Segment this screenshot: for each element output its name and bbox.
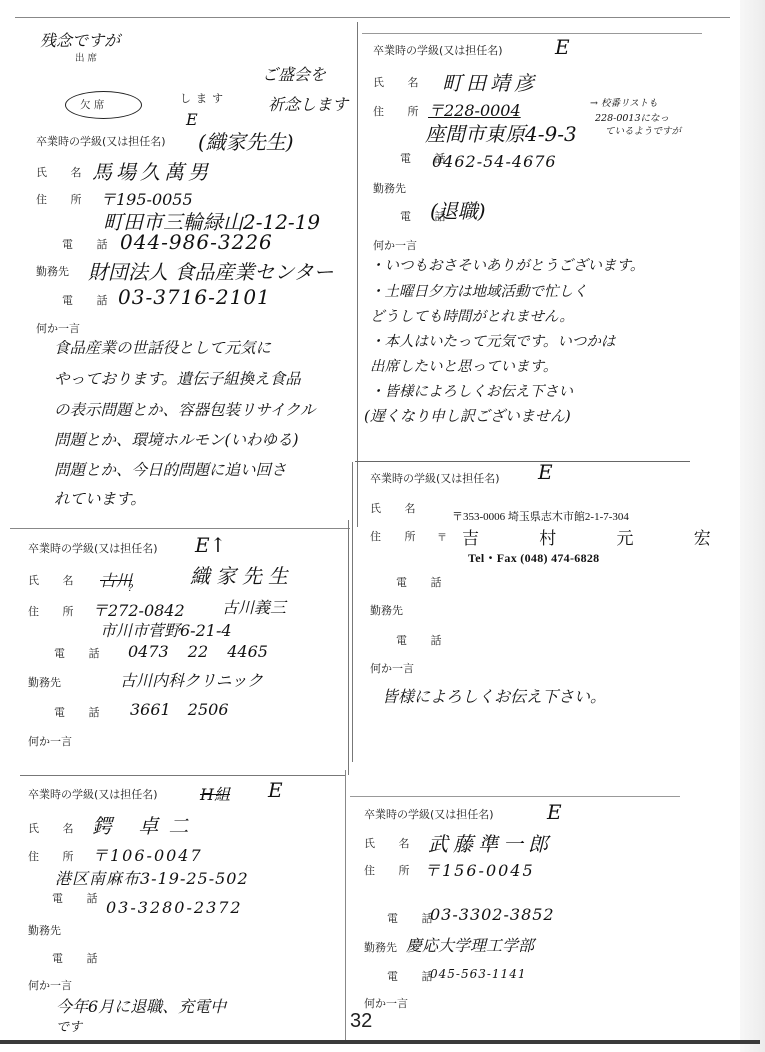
attendance-absent-option[interactable]: 欠 席: [80, 97, 104, 112]
label-message: 何か一言: [28, 977, 72, 993]
address-value: 座間市東原4-9-3: [425, 118, 577, 147]
phone-value: 03-3302-3852: [430, 905, 555, 924]
message-line: ・皆様によろしくお伝え下さい: [370, 380, 573, 401]
message-line: ・本人はいたって元気です。いつかは: [370, 330, 615, 351]
name-value: 鍔 卓二: [92, 810, 198, 839]
label-message: 何か一言: [370, 660, 414, 676]
message-line: 今年6月に退職、充電中: [56, 994, 226, 1017]
stamp-address: 〒353-0006 埼玉県志木市館2-1-7-304: [452, 508, 629, 524]
work-value: 古川内科クリニック: [120, 668, 263, 691]
class-note: (織家先生): [198, 126, 294, 155]
name-note: 織家先生: [190, 560, 294, 589]
work-value: 慶応大学理工学部: [406, 933, 534, 956]
scan-bottom-edge: [0, 1040, 760, 1044]
card-divider-vertical: [357, 22, 358, 527]
phone-value: 03-3280-2372: [106, 898, 243, 917]
card-border-top: [362, 33, 702, 34]
class-value: E: [268, 778, 283, 802]
label-message: 何か一言: [373, 237, 417, 253]
message-line: ・土曜日夕方は地域活動で忙しく: [370, 280, 588, 301]
name-value: 馬場久萬男: [92, 156, 212, 185]
work-phone-value: 045-563-1141: [430, 967, 526, 981]
message-line: 皆様によろしくお伝え下さい。: [382, 684, 606, 707]
label-address: 住 所: [28, 848, 84, 864]
label-work: 勤務先: [370, 602, 403, 618]
label-name: 氏 名: [364, 835, 420, 851]
phone-value: 0462-54-4676: [432, 152, 557, 171]
class-value: E: [538, 460, 553, 484]
label-phone: 電 話: [396, 574, 452, 590]
message-line: れています。: [54, 487, 146, 509]
label-phone: 電 話: [52, 890, 108, 906]
wish-line-2: 祈念します: [268, 92, 348, 115]
label-class: 卒業時の学級(又は担任名): [370, 470, 500, 486]
phone-value: 0473 22 4465: [128, 642, 268, 661]
label-work: 勤務先: [28, 674, 61, 690]
label-message: 何か一言: [364, 995, 408, 1011]
label-work-phone: 電 話: [54, 704, 110, 720]
postal-value: 〒106-0047: [92, 843, 203, 866]
postal-question: ?: [128, 583, 133, 594]
message-line: どうしても時間がとれません。: [370, 305, 574, 326]
card-border-top: [15, 17, 730, 18]
stamp-name: 吉 村 元 宏: [462, 524, 739, 549]
card-border-right: [348, 520, 349, 775]
stamp-telfax: Tel・Fax (048) 474-6828: [468, 549, 599, 566]
label-work: 勤務先: [373, 180, 406, 196]
label-address: 住 所: [373, 103, 429, 119]
card-border-right: [345, 770, 346, 1040]
attendance-note: 残念ですが: [40, 28, 120, 51]
message-line: 出席したいと思っています。: [370, 355, 557, 376]
class-value: E: [555, 35, 570, 59]
attendance-suffix: します: [180, 90, 228, 106]
label-address: 住 所: [364, 862, 420, 878]
postal-note-line: 228-0013になっ: [595, 110, 669, 124]
class-value: E: [547, 800, 562, 824]
scan-edge-shade: [740, 0, 765, 1052]
label-work-phone: 電 話: [396, 632, 452, 648]
label-work: 勤務先: [28, 922, 61, 938]
card-border-top: [10, 528, 350, 529]
label-address: 住 所: [36, 191, 92, 207]
postal-mark: 〒: [437, 529, 447, 544]
label-name: 氏 名: [370, 500, 426, 516]
label-class: 卒業時の学級(又は担任名): [364, 806, 494, 822]
attendance-present-option[interactable]: 出 席: [75, 50, 97, 64]
work-note: (退職): [430, 195, 486, 224]
label-class: 卒業時の学級(又は担任名): [36, 133, 166, 149]
class-struck: H組: [200, 782, 230, 805]
label-work-phone: 電 話: [62, 292, 118, 308]
label-class: 卒業時の学級(又は担任名): [28, 540, 158, 556]
page-number: 32: [350, 1010, 372, 1033]
postal-note-line: ているようですが: [605, 123, 681, 137]
label-name: 氏 名: [28, 572, 84, 588]
class-value: E↑: [195, 533, 226, 557]
label-phone: 電 話: [62, 236, 118, 252]
card-border-top: [20, 775, 345, 776]
message-line: 問題とか、環境ホルモン(いわゆる): [54, 428, 299, 450]
message-line: ・いつもおさそいありがとうございます。: [370, 254, 644, 275]
label-work-phone: 電 話: [52, 950, 108, 966]
message-line: 食品産業の世話役として元気に: [54, 336, 271, 358]
label-work: 勤務先: [364, 939, 397, 955]
message-line: やっております。遺伝子組換え食品: [54, 367, 301, 389]
class-letter: E: [186, 110, 198, 129]
name-side: 古川義三: [222, 595, 286, 618]
card-border-left: [352, 462, 353, 762]
address-value: 港区南麻布3-19-25-502: [55, 866, 249, 889]
work-value: 財団法人 食品産業センター: [88, 256, 334, 285]
name-value: 町田靖彦: [442, 67, 538, 96]
work-phone-value: 3661 2506: [130, 700, 229, 719]
work-phone-value: 03-3716-2101: [118, 285, 271, 309]
postal-value: 〒156-0045: [424, 858, 535, 881]
label-class: 卒業時の学級(又は担任名): [373, 42, 503, 58]
label-message: 何か一言: [36, 320, 80, 336]
name-value: 武藤準一郎: [428, 828, 553, 857]
label-name: 氏 名: [373, 74, 429, 90]
message-line: です: [56, 1016, 82, 1035]
wish-line-1: ご盛会を: [262, 62, 326, 85]
address-value: 市川市菅野6-21-4: [100, 618, 232, 641]
card-border-top: [355, 461, 690, 462]
label-class: 卒業時の学級(又は担任名): [28, 786, 158, 802]
label-name: 氏 名: [28, 820, 84, 836]
message-line: 問題とか、今日的問題に追い回さ: [54, 458, 287, 480]
label-address: 住 所: [370, 528, 426, 544]
label-name: 氏 名: [36, 164, 92, 180]
message-line: (遅くなり申し訳ございません): [364, 405, 571, 426]
label-phone: 電 話: [54, 645, 110, 661]
label-message: 何か一言: [28, 733, 72, 749]
label-work: 勤務先: [36, 263, 69, 279]
label-address: 住 所: [28, 603, 84, 619]
phone-value: 044-986-3226: [120, 230, 273, 254]
card-border-top: [350, 796, 680, 797]
message-line: の表示問題とか、容器包装リサイクル: [54, 398, 315, 420]
postal-note-line: → 校番リストも: [590, 95, 658, 109]
